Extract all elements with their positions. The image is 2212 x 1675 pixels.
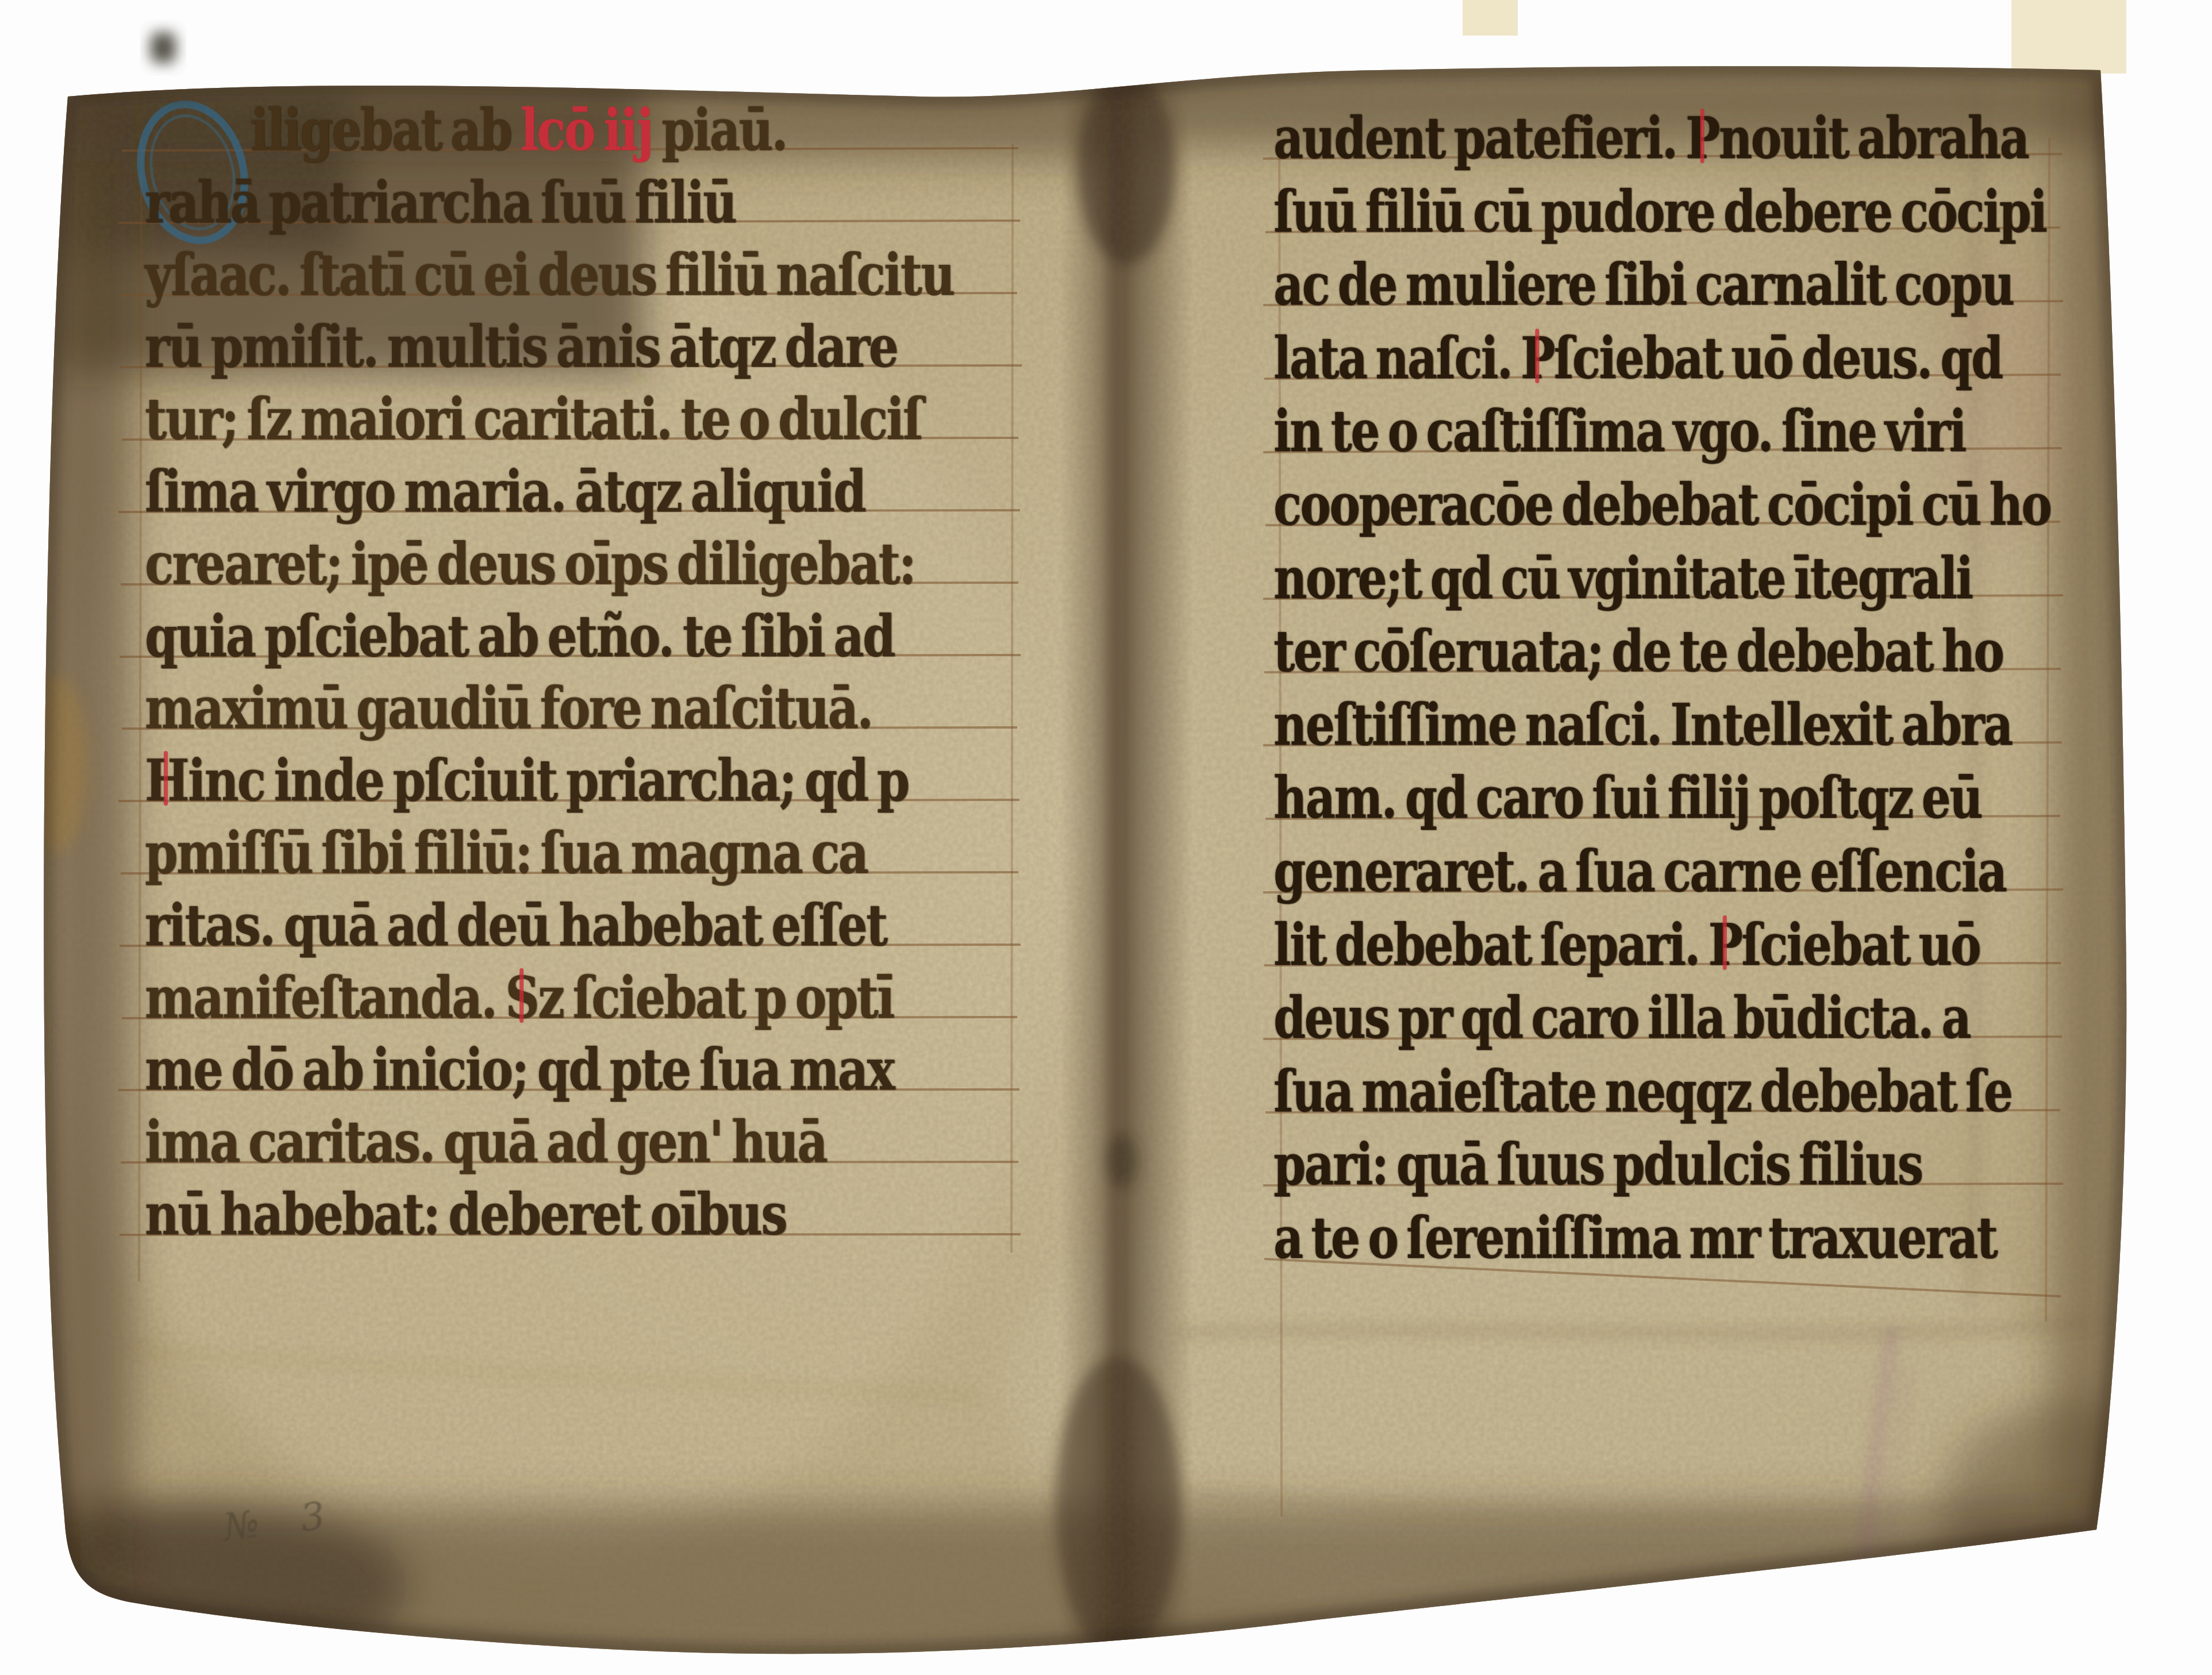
tape-strip (2011, 0, 2126, 74)
parchment-sheet (0, 0, 2212, 1675)
dust-smudge (151, 32, 176, 63)
manuscript-scan: iligebat ab lcō iij piaū.rahā patriarcha… (0, 0, 2212, 1675)
parchment-artwork (0, 0, 2212, 1675)
tape-strip (1463, 0, 1518, 36)
